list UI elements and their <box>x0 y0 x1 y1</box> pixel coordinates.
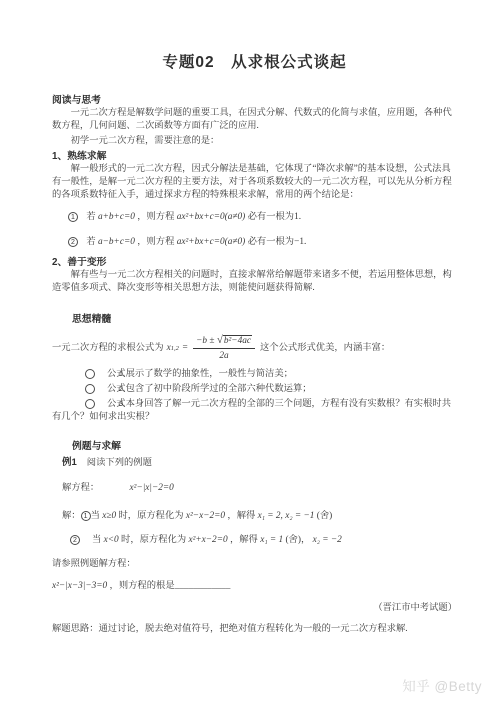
insight-3-text: 公式本身回答了解一元二次方程的全部的三个问题，方程有没有实数根？有实根时共有几个… <box>52 399 451 422</box>
sol2-text-1: 时，原方程化为 <box>121 535 186 545</box>
hint-line: 解题思路：通过讨论，脱去绝对值符号，把绝对值方程转化为一般的一元二次方程求解. <box>52 623 457 636</box>
conclusion-2: 2 若 a−b+c=0 ，则方程 ax²+bx+c=0(a≠0) 必有一根为−1… <box>68 235 457 250</box>
conclusion-1: 1 若 a+b+c=0 ，则方程 ax²+bx+c=0(a≠0) 必有一根为1. <box>68 210 457 225</box>
conclusion-1-math-1: a+b+c=0 <box>98 212 135 222</box>
conclusion-2-text-2: ，则方程 <box>137 237 174 247</box>
sol1-equation: x²−x−2=0 <box>186 511 225 521</box>
formula-suffix: 这个公式形式优美，内涵丰富： <box>260 342 390 355</box>
fraction: −b ± √b²−4ac 2a <box>193 334 255 362</box>
sol2-text-3: (舍)， <box>285 535 310 545</box>
document-content: 专题02 从求根公式谈起 阅读与思考 一元二次方程是解数学问题的重要工具，在因式… <box>0 0 500 636</box>
practice-intro: 请参照例题解方程： <box>52 558 457 571</box>
conclusion-1-text-3: 必有一根为1. <box>248 212 301 222</box>
sol2-root-1: x₁ = 1 <box>260 535 283 545</box>
fraction-numerator: −b ± √b²−4ac <box>193 334 255 349</box>
circled-number-icon: 2 <box>68 237 78 247</box>
conclusion-2-text-3: 必有一根为−1. <box>248 237 307 247</box>
example-heading: 例题与求解 <box>72 440 457 453</box>
point1-para: 解一般形式的一元二次方程，因式分解法是基础，它体现了“降次求解”的基本设想，公式… <box>52 163 457 202</box>
formula-equals: = <box>182 342 188 355</box>
circled-number-icon: 1 <box>85 369 95 379</box>
solution-case-1: 解：1当 x≥0 时，原方程化为 x²−x−2=0 ，解得 x₁ = 2, x₂… <box>62 509 457 524</box>
example-1-intro: 阅读下列的例题 <box>87 458 152 468</box>
page-title: 专题02 从求根公式谈起 <box>52 54 457 72</box>
solve-equation-line: 解方程： x²−|x|−2=0 <box>62 482 457 495</box>
circled-number-icon: 1 <box>81 511 91 521</box>
numerator-prefix: −b ± <box>196 336 214 346</box>
point2-para: 解有些与一元二次方程相关的问题时，直接求解常给解题带来诸多不便，若运用整体思想，… <box>52 269 457 295</box>
circled-number-icon: 2 <box>70 535 80 545</box>
insight-1: 1公式展示了数学的抽象性，一般性与简洁美； <box>52 368 457 381</box>
reading-heading: 阅读与思考 <box>52 94 457 107</box>
insight-2: 2公式包含了初中阶段所学过的全部六种代数运算； <box>52 383 457 396</box>
reading-para-2: 初学一元二次方程，需要注意的是： <box>52 135 457 148</box>
circled-number-icon: 3 <box>85 399 95 409</box>
radicand: b²−4ac <box>223 335 252 346</box>
reading-para-1: 一元二次方程是解数学问题的重要工具，在因式分解、代数式的化简与求值，应用题，各种… <box>52 107 457 133</box>
sol1-text-2: ，解得 <box>227 511 255 521</box>
insight-3: 3公式本身回答了解一元二次方程的全部的三个问题，方程有没有实数根？有实根时共有几… <box>52 398 457 424</box>
radical-sign: √ <box>217 334 223 346</box>
conclusion-1-math-2: ax²+bx+c=0(a≠0) <box>177 212 246 222</box>
point2-heading: 2、善于变形 <box>52 256 457 269</box>
practice-line: x²−|x−3|−3=0 ，则方程的根是____________ <box>52 579 457 594</box>
sol2-root-2: x₂ = −2 <box>313 535 342 545</box>
circled-number-icon: 1 <box>68 212 78 222</box>
essence-heading: 思想精髓 <box>72 313 457 326</box>
example-1-line: 例1阅读下列的例题 <box>62 456 457 470</box>
sol2-text-0: 当 <box>92 535 101 545</box>
sol1-roots: x₁ = 2, x₂ = −1 <box>258 511 315 521</box>
sol2-equation: x²+x−2=0 <box>188 535 227 545</box>
sol1-condition: x≥0 <box>102 511 116 521</box>
conclusion-2-math-2: ax²+bx+c=0(a≠0) <box>177 237 246 247</box>
document-page: 专题02 从求根公式谈起 阅读与思考 一元二次方程是解数学问题的重要工具，在因式… <box>0 0 500 707</box>
sol2-text-2: ，解得 <box>230 535 258 545</box>
point1-heading: 1、熟练求解 <box>52 150 457 163</box>
conclusion-2-math-1: a−b+c=0 <box>98 237 135 247</box>
conclusion-1-text-2: ，则方程 <box>137 212 174 222</box>
insight-1-text: 公式展示了数学的抽象性，一般性与简洁美； <box>107 369 293 379</box>
zhihu-watermark: 知乎 @Betty <box>402 680 482 693</box>
insight-2-text: 公式包含了初中阶段所学过的全部六种代数运算； <box>107 384 312 394</box>
example-1-label: 例1 <box>62 457 77 468</box>
formula-subscript: 1,2 <box>171 342 179 355</box>
practice-text: ，则方程的根是 <box>110 581 175 591</box>
sol2-condition: x<0 <box>104 535 119 545</box>
conclusion-2-text: 若 <box>86 237 95 247</box>
answer-blank: ____________ <box>175 581 231 591</box>
circled-number-icon: 2 <box>85 384 95 394</box>
sol1-text-1: 时，原方程化为 <box>118 511 183 521</box>
example-equation: x²−|x|−2=0 <box>130 483 174 493</box>
root-formula-line: 一元二次方程的求根公式为 x1,2 = −b ± √b²−4ac 2a 这个公式… <box>52 334 457 362</box>
practice-equation: x²−|x−3|−3=0 <box>52 581 107 591</box>
sol1-text-3: (舍) <box>317 511 333 521</box>
source-attribution: （晋江市中考试题） <box>52 602 457 615</box>
solution-case-2: 2当 x<0 时，原方程化为 x²+x−2=0 ，解得 x₁ = 1 (舍)， … <box>70 533 457 548</box>
formula-prefix: 一元二次方程的求根公式为 <box>52 342 164 355</box>
solve-label: 解方程： <box>62 483 99 493</box>
solution-prefix: 解： <box>62 511 81 521</box>
fraction-denominator: 2a <box>193 349 255 362</box>
sol1-text-0: 当 <box>91 511 100 521</box>
conclusion-1-text: 若 <box>86 212 95 222</box>
